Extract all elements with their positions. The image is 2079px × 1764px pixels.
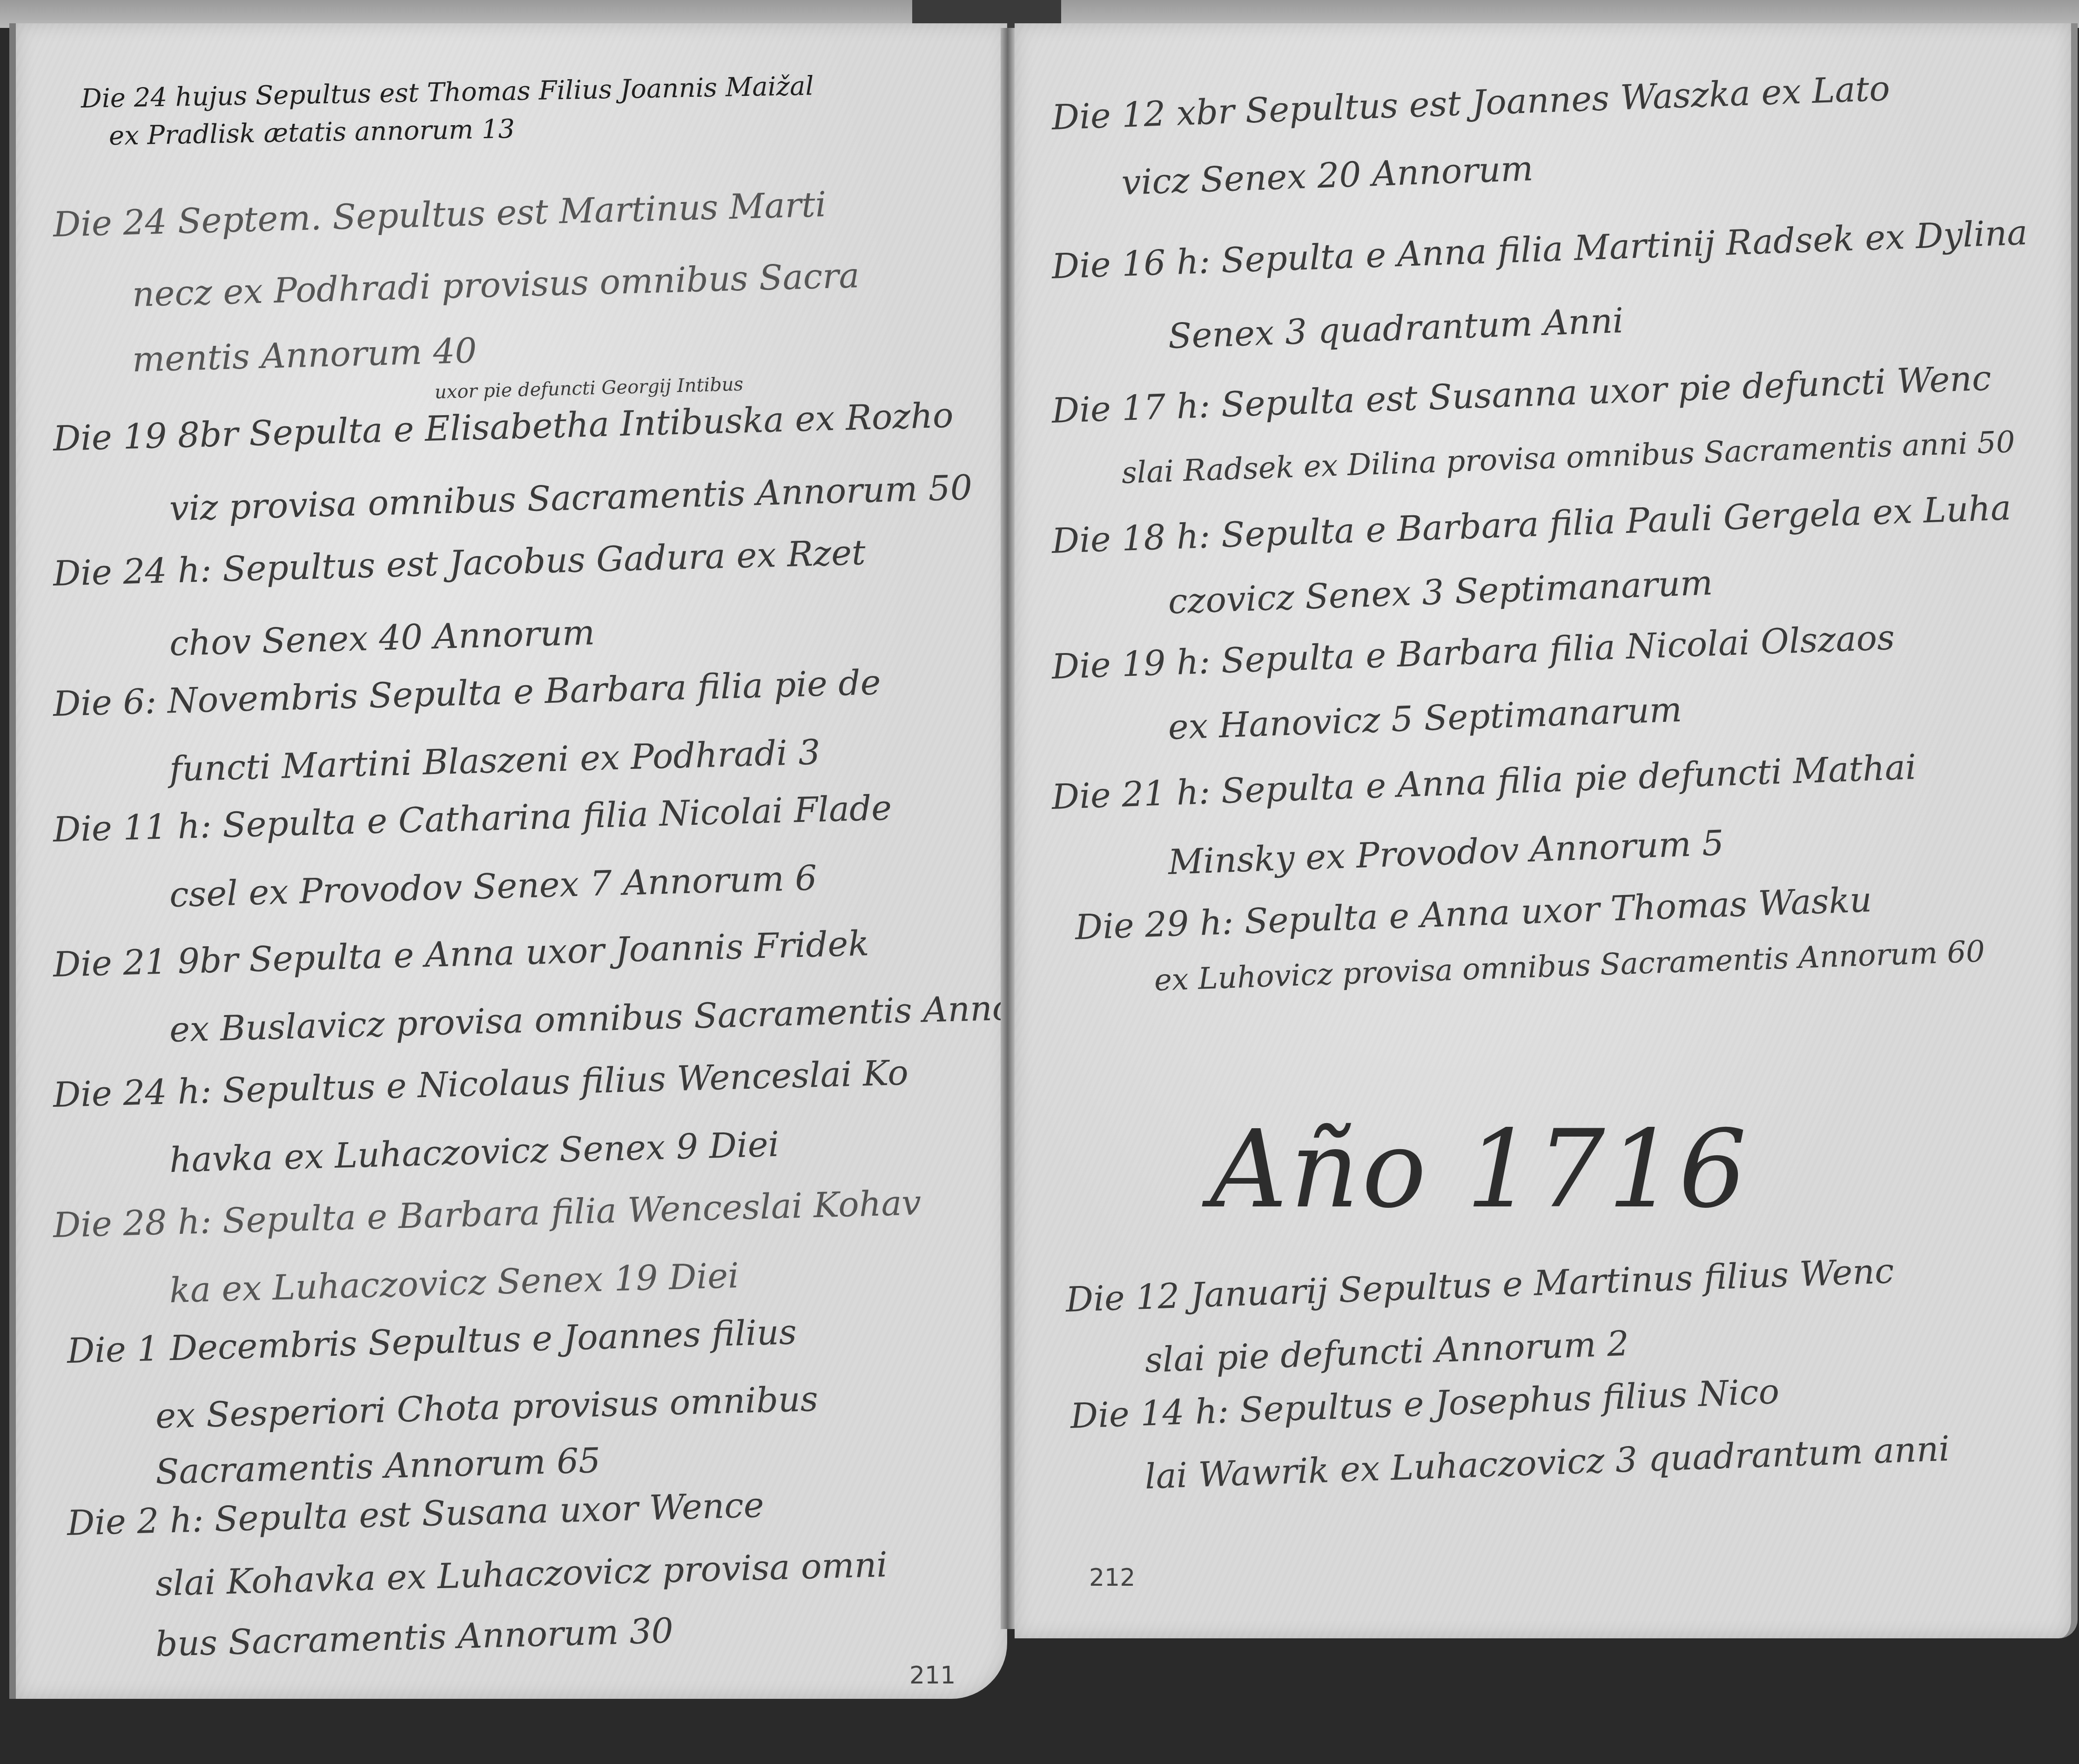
entry-line: chov Senex 40 Annorum	[169, 613, 595, 664]
entry-line: Die 29 h: Sepulta e Anna uxor Thomas Was…	[1074, 880, 1872, 948]
entry-line: slai Radsek ex Dilina provisa omnibus Sa…	[1121, 425, 2016, 491]
entry-line: ex Hanovicz 5 Septimanarum	[1167, 689, 1682, 747]
entry-line: Die 24 h: Sepultus e Nicolaus filius Wen…	[53, 1053, 909, 1115]
entry-line: Minsky ex Provodov Annorum 5	[1167, 823, 1724, 882]
entry-line: Die 28 h: Sepulta e Barbara filia Wences…	[53, 1183, 922, 1246]
entry-line: ex Pradlisk ætatis annorum 13	[108, 114, 515, 151]
entry-line: Die 24 h: Sepultus est Jacobus Gadura ex…	[53, 532, 866, 594]
entry-line: Die 21 h: Sepulta e Anna filia pie defun…	[1051, 747, 1917, 817]
entry-line: Sacramentis Annorum 65	[155, 1441, 601, 1492]
entry-line: Die 17 h: Sepulta est Susanna uxor pie d…	[1051, 358, 1992, 431]
right-page: Die 12 xbr Sepultus est Joannes Waszka e…	[1015, 23, 2078, 1638]
entry-line: vicz Senex 20 Annorum	[1121, 148, 1534, 203]
entry-line: bus Sacramentis Annorum 30	[155, 1611, 674, 1664]
entry-line: Die 21 9br Sepulta e Anna uxor Joannis F…	[53, 923, 869, 985]
entry-line: csel ex Provodov Senex 7 Annorum 6	[169, 858, 817, 915]
entry-line: Die 19 h: Sepulta e Barbara filia Nicola…	[1051, 618, 1895, 687]
entry-line: necz ex Podhradi provisus omnibus Sacra	[132, 256, 860, 315]
entry-line: Die 24 hujus Sepultus est Thomas Filius …	[81, 71, 814, 114]
book-gutter	[1001, 28, 1015, 1629]
entry-line: slai pie defuncti Annorum 2	[1144, 1324, 1629, 1380]
entry-line: Die 1 Decembris Sepultus e Joannes filiu…	[67, 1312, 797, 1371]
entry-line: Die 19 8br Sepulta e Elisabetha Intibusk…	[53, 395, 954, 459]
entry-line: lai Wawrik ex Luhaczovicz 3 quadrantum a…	[1144, 1429, 1950, 1497]
year-heading: Año 1716	[1210, 1108, 1749, 1232]
entry-line: Senex 3 quadrantum Anni	[1167, 301, 1624, 357]
entry-line: slai Kohavka ex Luhaczovicz provisa omni	[155, 1545, 888, 1604]
entry-line: Die 14 h: Sepultus e Josephus filius Nic…	[1070, 1372, 1780, 1436]
entry-line: viz provisa omnibus Sacramentis Annorum …	[169, 468, 973, 529]
entry-line: Die 11 h: Sepulta e Catharina filia Nico…	[53, 788, 892, 850]
entry-line: Die 18 h: Sepulta e Barbara filia Pauli …	[1051, 488, 2012, 561]
entry-line: Die 12 xbr Sepultus est Joannes Waszka e…	[1051, 68, 1891, 138]
entry-line: ex Buslavicz provisa omnibus Sacramentis…	[169, 986, 1068, 1050]
entry-line: functi Martini Blaszeni ex Podhradi 3	[169, 732, 821, 789]
interlinear-note: uxor pie defuncti Georgij Intibus	[434, 374, 743, 403]
page-number-right: 212	[1089, 1564, 1135, 1592]
entry-line: Die 6: Novembris Sepulta e Barbara filia…	[53, 662, 881, 724]
page-number-left: 211	[909, 1662, 955, 1690]
entry-line: czovicz Senex 3 Septimanarum	[1167, 563, 1713, 622]
entry-line: Die 24 Septem. Sepultus est Martinus Mar…	[53, 185, 827, 245]
entry-line: havka ex Luhaczovicz Senex 9 Diei	[169, 1124, 780, 1180]
entry-line: ka ex Luhaczovicz Senex 19 Diei	[169, 1256, 740, 1311]
entry-line: Die 16 h: Sepulta e Anna filia Martinij …	[1051, 213, 2028, 287]
entry-line: mentis Annorum 40	[132, 331, 478, 380]
entry-line: ex Luhovicz provisa omnibus Sacramentis …	[1154, 935, 1985, 998]
entry-line: Die 2 h: Sepulta est Susana uxor Wence	[67, 1485, 765, 1543]
entry-line: ex Sesperiori Chota provisus omnibus	[155, 1379, 819, 1436]
entry-line: Die 12 Januarij Sepultus e Martinus fili…	[1065, 1251, 1894, 1320]
left-page: Die 24 hujus Sepultus est Thomas Filius …	[9, 23, 1007, 1699]
